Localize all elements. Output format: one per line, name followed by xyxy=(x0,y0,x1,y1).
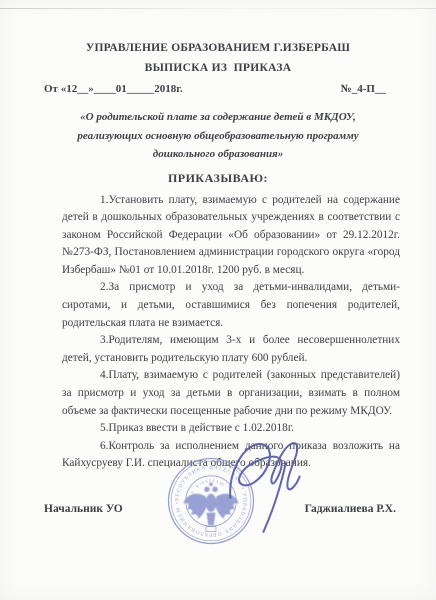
signatory-position: Начальник УО xyxy=(44,503,123,515)
order-date: От «12__»____01_____2018г. xyxy=(44,83,183,95)
document-page: УПРАВЛЕНИЕ ОБРАЗОВАНИЕМ Г.ИЗБЕРБАШ ВЫПИС… xyxy=(0,0,436,600)
document-header: УПРАВЛЕНИЕ ОБРАЗОВАНИЕМ Г.ИЗБЕРБАШ ВЫПИС… xyxy=(0,0,436,74)
handwritten-signature-icon xyxy=(219,436,327,534)
document-type-title: ВЫПИСКА ИЗ ПРИКАЗА xyxy=(0,62,436,74)
date-number-row: От «12__»____01_____2018г. №_4-П__ xyxy=(44,83,386,95)
order-paragraph-3: 3.Родителям, имеющим 3-х и более несовер… xyxy=(62,332,400,367)
order-body: 1.Установить плату, взимаемую с родителе… xyxy=(62,192,400,474)
order-subject-title: «О родительской плате за содержание дете… xyxy=(51,108,385,164)
order-paragraph-1: 1.Установить плату, взимаемую с родителе… xyxy=(62,192,400,280)
order-paragraph-4: 4.Плату, взимаемую с родителей (законных… xyxy=(62,367,400,420)
org-title: УПРАВЛЕНИЕ ОБРАЗОВАНИЕМ Г.ИЗБЕРБАШ xyxy=(0,42,436,54)
order-paragraph-2: 2.За присмотр и уход за детьми-инвалидам… xyxy=(62,279,400,332)
seal-number-box xyxy=(206,527,216,532)
order-verb: ПРИКАЗЫВАЮ: xyxy=(0,171,436,186)
order-number: №_4-П__ xyxy=(341,83,386,95)
